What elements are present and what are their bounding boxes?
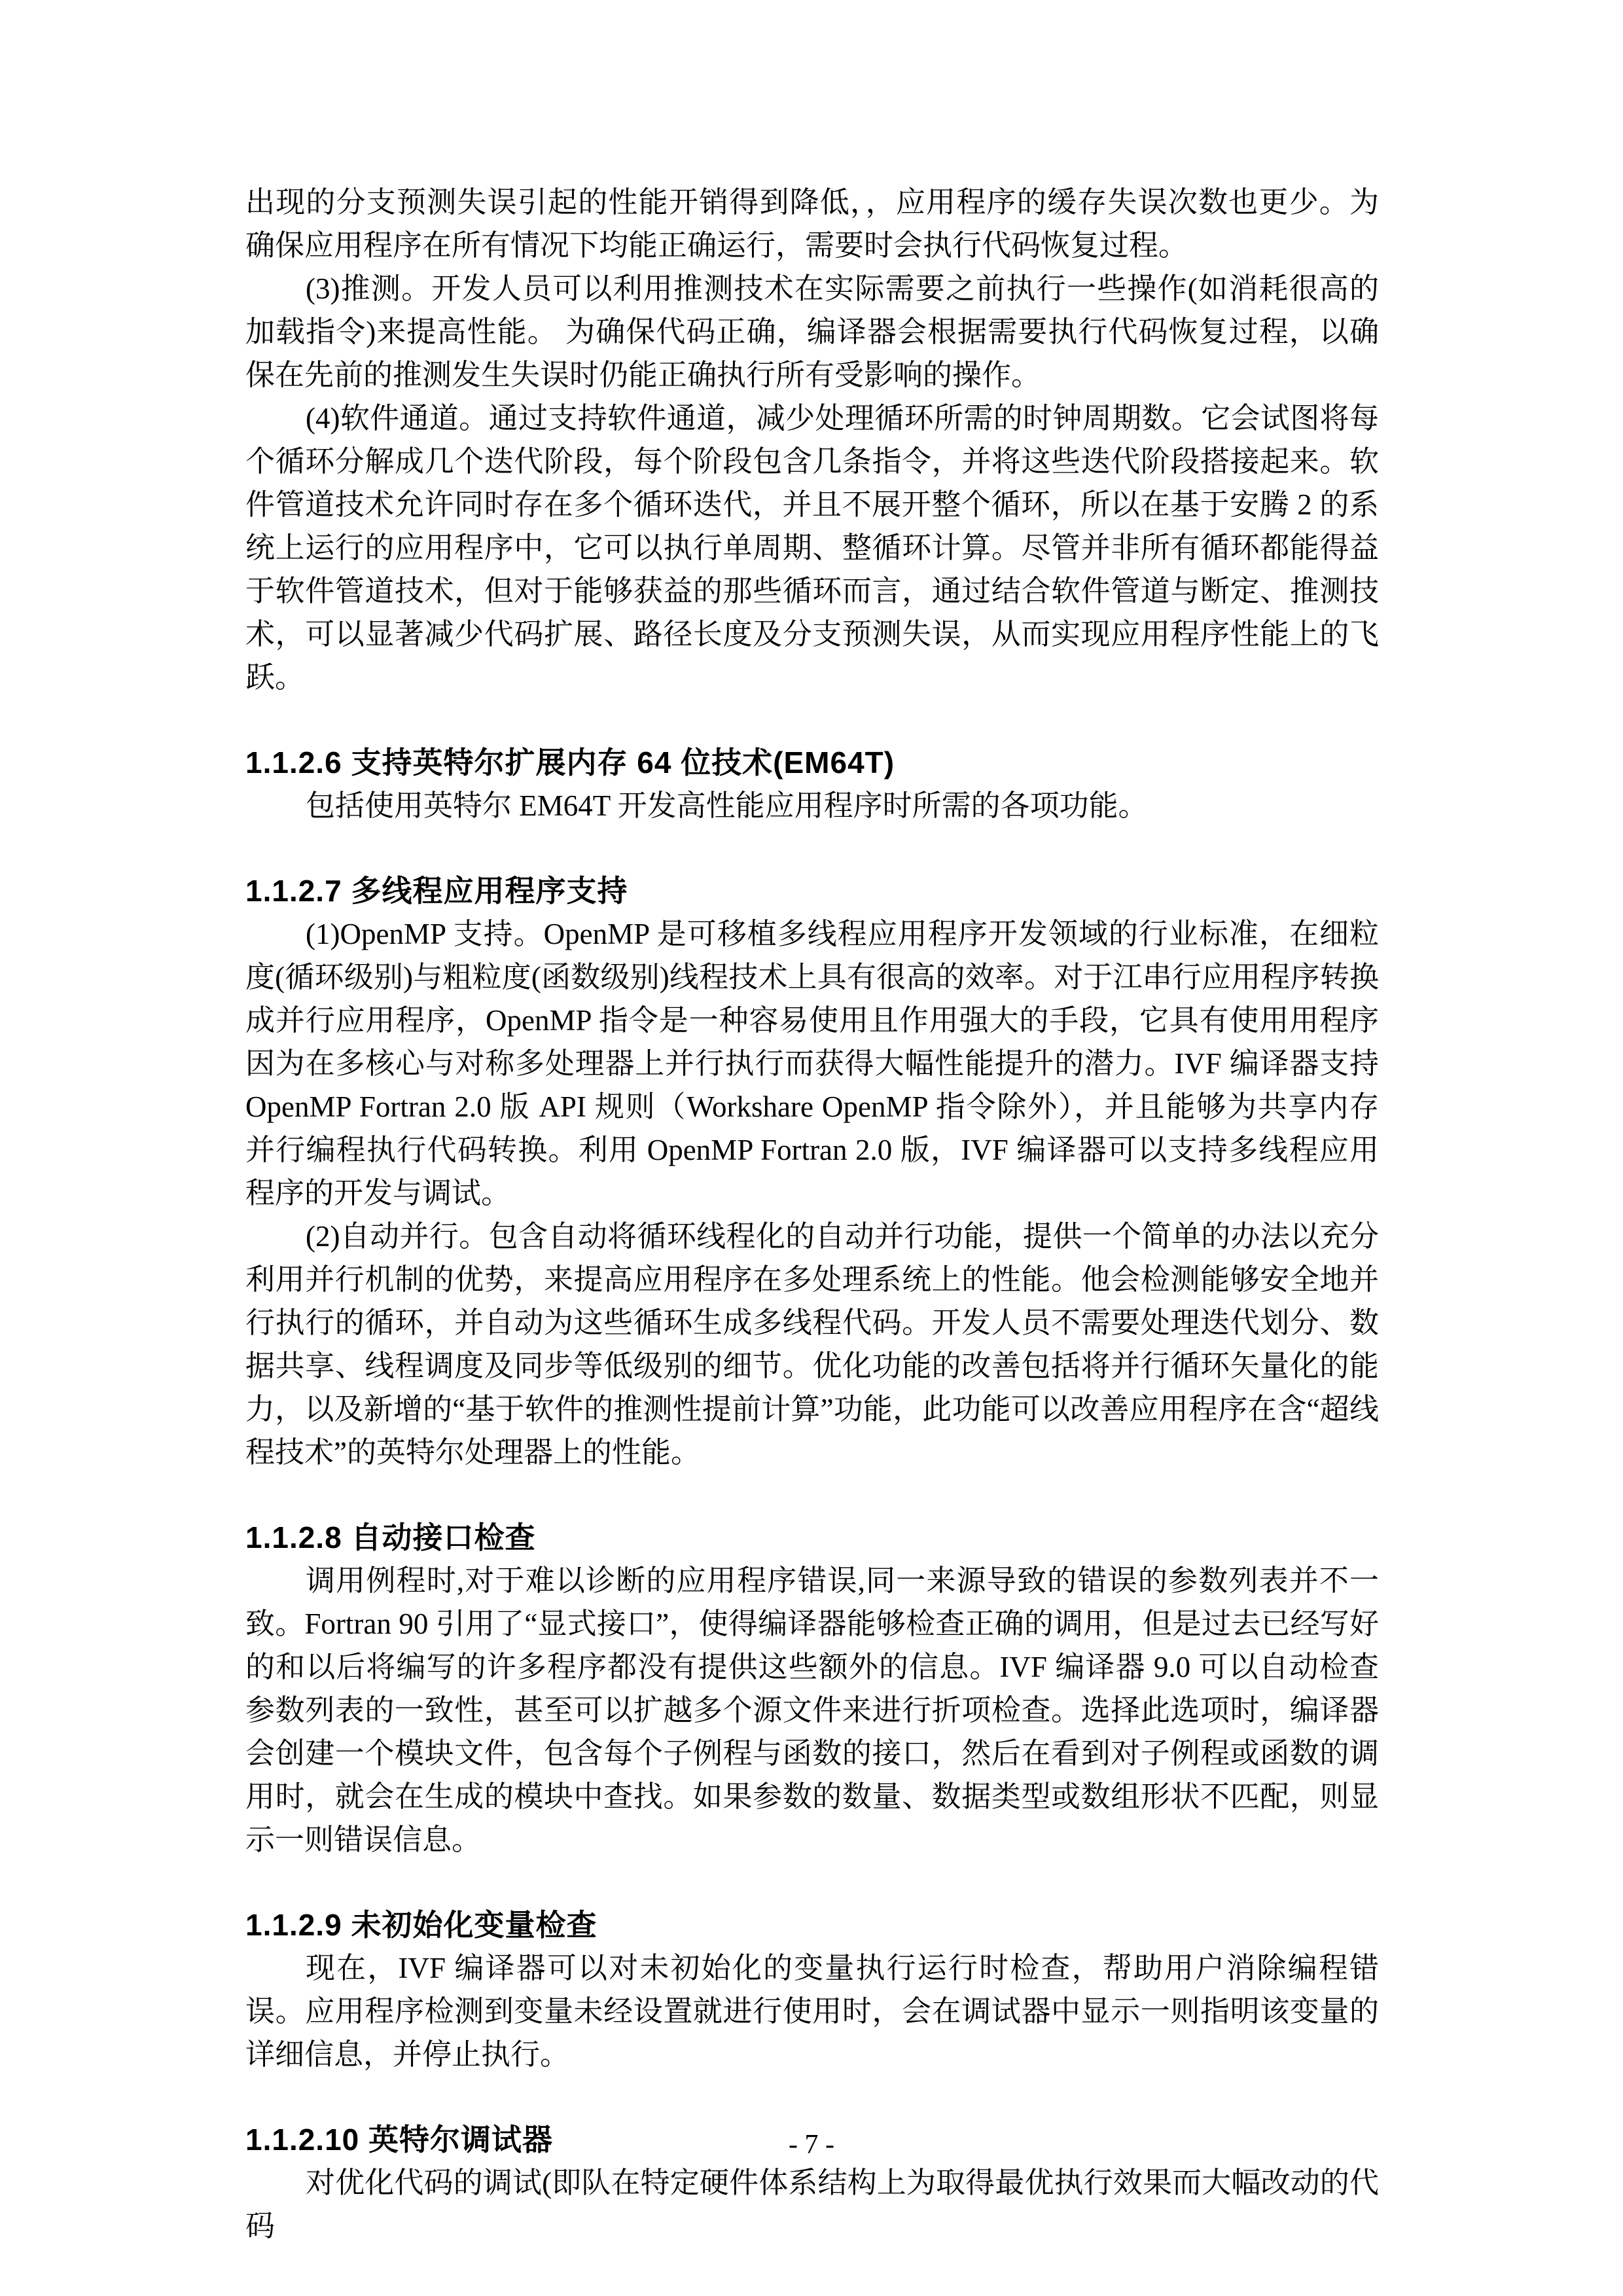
paragraph-software-pipelining: (4)软件通道。通过支持软件通道，减少处理循环所需的时钟周期数。它会试图将每个循… [245,397,1379,699]
paragraph-openmp-support: (1)OpenMP 支持。OpenMP 是可移植多线程应用程序开发领域的行业标准… [245,912,1379,1215]
document-body: 出现的分支预测失误引起的性能开销得到降低，，应用程序的缓存失误次数也更少。为确保… [245,181,1379,2248]
paragraph-uninit-var: 现在，IVF 编译器可以对未初始化的变量执行运行时检查，帮助用户消除编程错误。应… [245,1946,1379,2076]
paragraph-intel-debugger: 对优化代码的调试(即队在特定硬件体系结构上为取得最优执行效果而大幅改动的代码 [245,2161,1379,2248]
paragraph-interface-check: 调用例程时,对于难以诊断的应用程序错误,同一来源导致的错误的参数列表并不一致。F… [245,1559,1379,1861]
document-page: 出现的分支预测失误引起的性能开销得到降低，，应用程序的缓存失误次数也更少。为确保… [0,0,1623,2296]
paragraph-speculation: (3)推测。开发人员可以利用推测技术在实际需要之前执行一些操作(如消耗很高的加载… [245,267,1379,397]
section-heading-interface-check: 1.1.2.8 自动接口检查 [245,1516,1379,1559]
page-number: - 7 - [0,2129,1623,2161]
continuation-paragraph: 出现的分支预测失误引起的性能开销得到降低，，应用程序的缓存失误次数也更少。为确保… [245,181,1379,267]
paragraph-em64t: 包括使用英特尔 EM64T 开发高性能应用程序时所需的各项功能。 [245,784,1379,827]
paragraph-auto-parallel: (2)自动并行。包含自动将循环线程化的自动并行功能，提供一个简单的办法以充分利用… [245,1215,1379,1474]
section-heading-em64t: 1.1.2.6 支持英特尔扩展内存 64 位技术(EM64T) [245,741,1379,784]
section-heading-multithread: 1.1.2.7 多线程应用程序支持 [245,869,1379,912]
section-heading-uninit-var: 1.1.2.9 未初始化变量检查 [245,1903,1379,1946]
